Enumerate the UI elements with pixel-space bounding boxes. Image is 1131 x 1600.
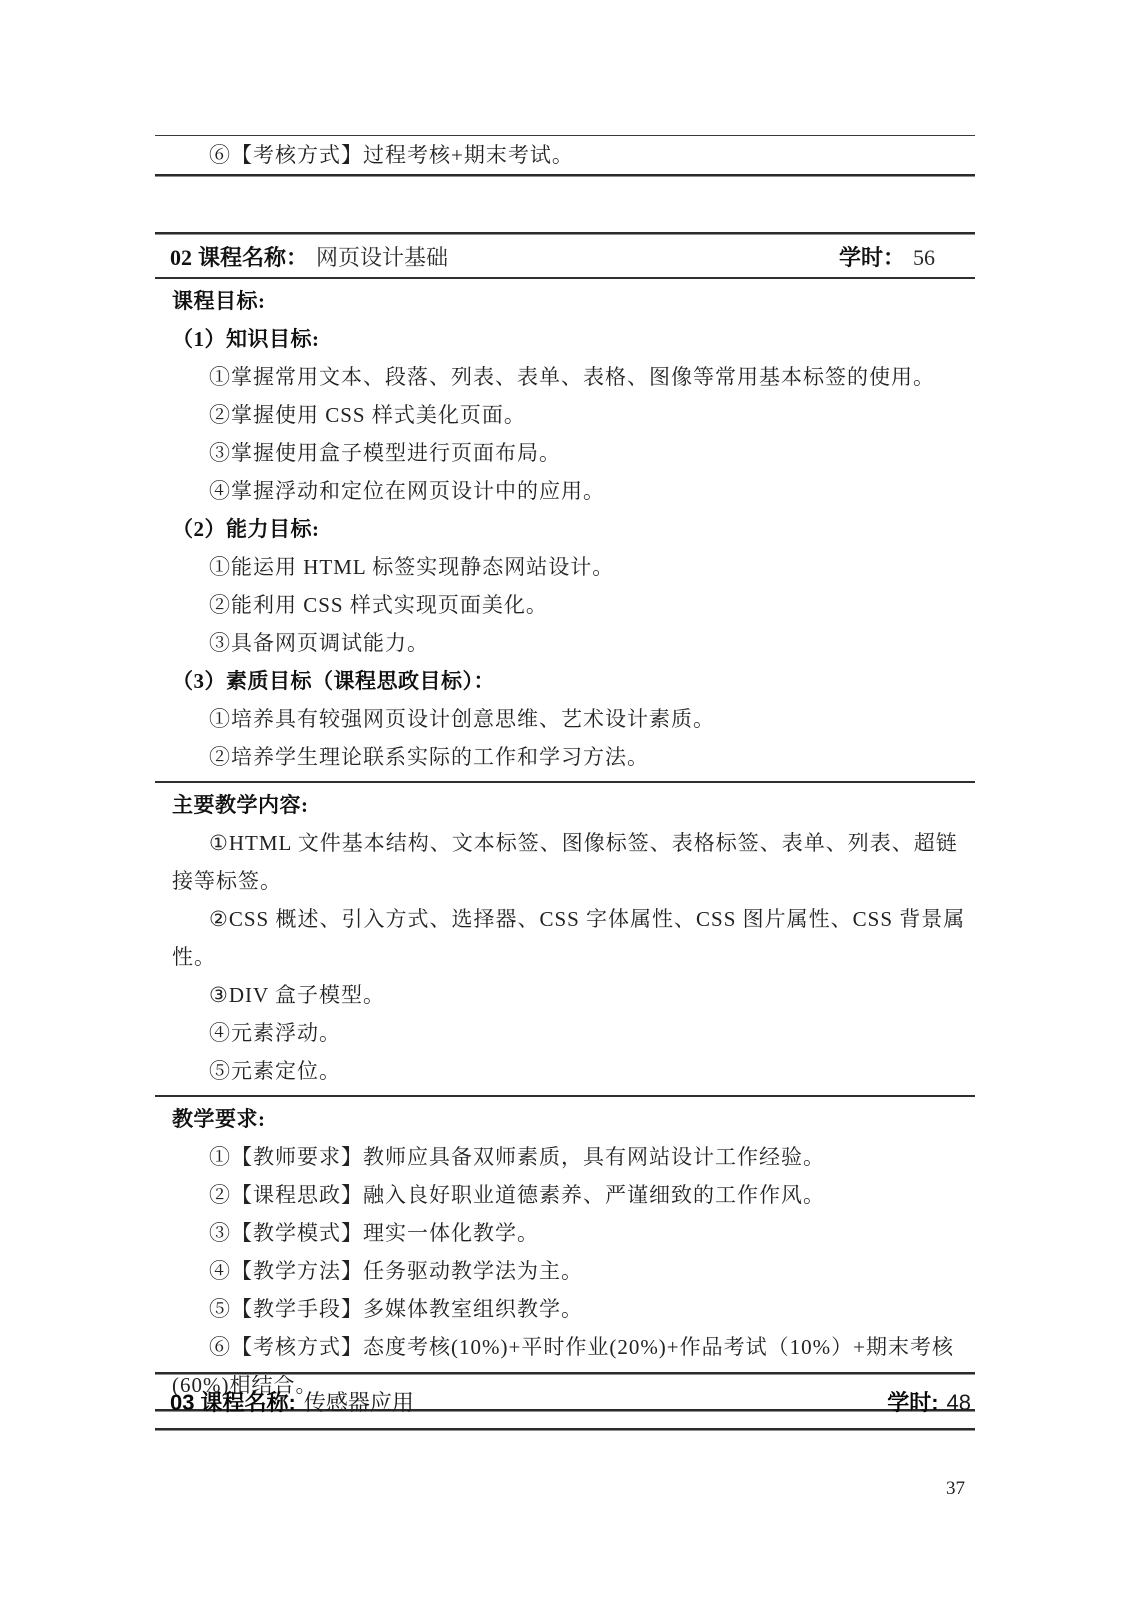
course-name: 网页设计基础 xyxy=(316,245,448,270)
objective-group-title: （3）素质目标（课程思政目标）： xyxy=(155,662,975,700)
course-name-label: 课程名称: xyxy=(200,1390,295,1415)
list-item: ②CSS 概述、引入方式、选择器、CSS 字体属性、CSS 图片属性、CSS 背… xyxy=(155,900,975,976)
section-objectives: 课程目标: （1）知识目标: ①掌握常用文本、段落、列表、表单、表格、图像等常用… xyxy=(155,279,975,781)
section-heading-requirements: 教学要求: xyxy=(155,1100,975,1138)
list-item: ③掌握使用盒子模型进行页面布局。 xyxy=(155,434,975,472)
list-item: ②培养学生理论联系实际的工作和学习方法。 xyxy=(155,738,975,776)
list-item: ③【教学模式】理实一体化教学。 xyxy=(155,1214,975,1252)
course02-title: 02课程名称：网页设计基础 xyxy=(170,241,448,272)
course03-title: 03课程名称:传感器应用 xyxy=(170,1386,414,1417)
objective-group-title: （1）知识目标: xyxy=(155,320,975,358)
list-item: ④【教学方法】任务驱动教学法为主。 xyxy=(155,1252,975,1290)
list-item: ④掌握浮动和定位在网页设计中的应用。 xyxy=(155,472,975,510)
course02-header-row: 02课程名称：网页设计基础 学时：56 xyxy=(155,235,975,277)
list-item: ②能利用 CSS 样式实现页面美化。 xyxy=(155,586,975,624)
assessment-method-item: ⑥【考核方式】过程考核+期末考试。 xyxy=(155,136,975,174)
document-page: ⑥【考核方式】过程考核+期末考试。 02课程名称：网页设计基础 学时：56 课程… xyxy=(0,0,1131,1600)
course03-header-row: 03课程名称:传感器应用 学时:48 xyxy=(155,1375,975,1428)
list-item: ②【课程思政】融入良好职业道德素养、严谨细致的工作作风。 xyxy=(155,1176,975,1214)
section-teaching-requirements: 教学要求: ①【教师要求】教师应具备双师素质，具有网站设计工作经验。 ②【课程思… xyxy=(155,1097,975,1409)
list-item: ③DIV 盒子模型。 xyxy=(155,976,975,1014)
list-item: ①培养具有较强网页设计创意思维、艺术设计素质。 xyxy=(155,700,975,738)
course-name-label: 课程名称： xyxy=(198,245,308,270)
hours-value: 56 xyxy=(913,245,935,270)
list-item: ④元素浮动。 xyxy=(155,1014,975,1052)
course02-table: 02课程名称：网页设计基础 学时：56 课程目标: （1）知识目标: ①掌握常用… xyxy=(155,232,975,1412)
divider xyxy=(155,1428,975,1431)
section-heading-objectives: 课程目标: xyxy=(155,282,975,320)
course-number: 02 xyxy=(170,245,192,270)
course03-table: 03课程名称:传感器应用 学时:48 xyxy=(155,1372,975,1431)
hours-value: 48 xyxy=(947,1390,971,1415)
list-item: ①掌握常用文本、段落、列表、表单、表格、图像等常用基本标签的使用。 xyxy=(155,358,975,396)
course01-assessment-table: ⑥【考核方式】过程考核+期末考试。 xyxy=(155,135,975,177)
page-number: 37 xyxy=(946,1478,965,1500)
list-item: ②掌握使用 CSS 样式美化页面。 xyxy=(155,396,975,434)
list-item: ⑤元素定位。 xyxy=(155,1052,975,1090)
course03-hours: 学时:48 xyxy=(887,1386,971,1417)
list-item: ①能运用 HTML 标签实现静态网站设计。 xyxy=(155,548,975,586)
course-name: 传感器应用 xyxy=(304,1390,414,1415)
course02-hours: 学时：56 xyxy=(839,241,935,272)
hours-label: 学时: xyxy=(887,1390,938,1415)
objective-group-title: （2）能力目标: xyxy=(155,510,975,548)
course-number: 03 xyxy=(170,1390,194,1415)
list-item: ③具备网页调试能力。 xyxy=(155,624,975,662)
list-item: ①HTML 文件基本结构、文本标签、图像标签、表格标签、表单、列表、超链接等标签… xyxy=(155,824,975,900)
list-item: ①【教师要求】教师应具备双师素质，具有网站设计工作经验。 xyxy=(155,1138,975,1176)
section-teaching-content: 主要教学内容: ①HTML 文件基本结构、文本标签、图像标签、表格标签、表单、列… xyxy=(155,783,975,1095)
hours-label: 学时： xyxy=(839,245,905,270)
list-item: ⑤【教学手段】多媒体教室组织教学。 xyxy=(155,1290,975,1328)
section-heading-content: 主要教学内容: xyxy=(155,786,975,824)
divider xyxy=(155,174,975,177)
